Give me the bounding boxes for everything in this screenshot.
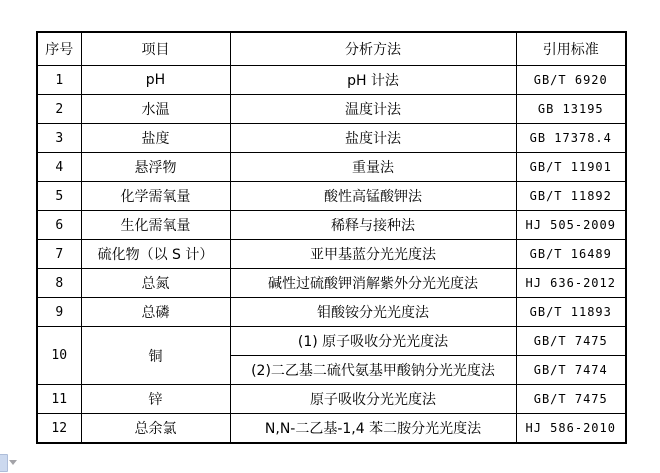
cell-reference-standard: HJ 586-2010 (516, 414, 626, 444)
header-row: 序号 项目 分析方法 引用标准 (37, 32, 626, 66)
cell-item: 锌 (81, 385, 230, 414)
cell-analysis-method: pH 计法 (230, 66, 516, 95)
cell-item: 硫化物（以 S 计） (81, 240, 230, 269)
cell-serial-number: 10 (37, 327, 81, 385)
cell-analysis-method: (1) 原子吸收分光光度法 (230, 327, 516, 356)
cell-item: 总磷 (81, 298, 230, 327)
table-row: 7硫化物（以 S 计）亚甲基蓝分光光度法GB/T 16489 (37, 240, 626, 269)
cell-reference-standard: GB/T 11892 (516, 182, 626, 211)
table-row: 6生化需氧量稀释与接种法HJ 505-2009 (37, 211, 626, 240)
cell-item: 铜 (81, 327, 230, 385)
table-row: 9总磷钼酸铵分光光度法GB/T 11893 (37, 298, 626, 327)
cell-item: 总氮 (81, 269, 230, 298)
cell-analysis-method: N,N-二乙基-1,4 苯二胺分光光度法 (230, 414, 516, 444)
cell-serial-number: 6 (37, 211, 81, 240)
cell-analysis-method: 酸性高锰酸钾法 (230, 182, 516, 211)
cell-reference-standard: HJ 636-2012 (516, 269, 626, 298)
cell-reference-standard: GB/T 11901 (516, 153, 626, 182)
cell-serial-number: 4 (37, 153, 81, 182)
cell-reference-standard: GB/T 16489 (516, 240, 626, 269)
cell-analysis-method: 亚甲基蓝分光光度法 (230, 240, 516, 269)
table-row: 12总余氯N,N-二乙基-1,4 苯二胺分光光度法HJ 586-2010 (37, 414, 626, 444)
cell-analysis-method: 原子吸收分光光度法 (230, 385, 516, 414)
col-header-reference-standard: 引用标准 (516, 32, 626, 66)
cell-analysis-method: 盐度计法 (230, 124, 516, 153)
cell-serial-number: 2 (37, 95, 81, 124)
cell-item: 悬浮物 (81, 153, 230, 182)
table-row: 2水温温度计法GB 13195 (37, 95, 626, 124)
cell-item: 生化需氧量 (81, 211, 230, 240)
table-row: 11锌原子吸收分光光度法GB/T 7475 (37, 385, 626, 414)
smart-tag-button[interactable] (0, 454, 20, 472)
table-row: 4悬浮物重量法GB/T 11901 (37, 153, 626, 182)
cell-reference-standard: GB/T 11893 (516, 298, 626, 327)
col-header-serial-number: 序号 (37, 32, 81, 66)
cell-serial-number: 8 (37, 269, 81, 298)
cell-analysis-method: 重量法 (230, 153, 516, 182)
cell-analysis-method: (2)二乙基二硫代氨基甲酸钠分光光度法 (230, 356, 516, 385)
cell-analysis-method: 钼酸铵分光光度法 (230, 298, 516, 327)
cell-item: 盐度 (81, 124, 230, 153)
cell-item: 总余氯 (81, 414, 230, 444)
cell-serial-number: 7 (37, 240, 81, 269)
cell-reference-standard: GB 17378.4 (516, 124, 626, 153)
cell-analysis-method: 碱性过硫酸钾消解紫外分光光度法 (230, 269, 516, 298)
cell-reference-standard: GB 13195 (516, 95, 626, 124)
cell-item: 化学需氧量 (81, 182, 230, 211)
cell-reference-standard: GB/T 6920 (516, 66, 626, 95)
cell-serial-number: 11 (37, 385, 81, 414)
cell-serial-number: 9 (37, 298, 81, 327)
table-row: 5化学需氧量酸性高锰酸钾法GB/T 11892 (37, 182, 626, 211)
cell-analysis-method: 温度计法 (230, 95, 516, 124)
table-row: 10铜(1) 原子吸收分光光度法GB/T 7475 (37, 327, 626, 356)
cell-reference-standard: GB/T 7475 (516, 327, 626, 356)
col-header-item: 项目 (81, 32, 230, 66)
cell-serial-number: 1 (37, 66, 81, 95)
smart-tag-icon (0, 454, 8, 472)
table-row: 3盐度盐度计法GB 17378.4 (37, 124, 626, 153)
cell-serial-number: 5 (37, 182, 81, 211)
cell-serial-number: 12 (37, 414, 81, 444)
cell-item: pH (81, 66, 230, 95)
table-row: 8总氮碱性过硫酸钾消解紫外分光光度法HJ 636-2012 (37, 269, 626, 298)
cell-reference-standard: GB/T 7475 (516, 385, 626, 414)
cell-analysis-method: 稀释与接种法 (230, 211, 516, 240)
cell-reference-standard: HJ 505-2009 (516, 211, 626, 240)
cell-reference-standard: GB/T 7474 (516, 356, 626, 385)
col-header-analysis-method: 分析方法 (230, 32, 516, 66)
cell-item: 水温 (81, 95, 230, 124)
cell-serial-number: 3 (37, 124, 81, 153)
chevron-down-icon (9, 460, 17, 465)
table-row: 1pHpH 计法GB/T 6920 (37, 66, 626, 95)
analysis-methods-table: 序号 项目 分析方法 引用标准 1pHpH 计法GB/T 69202水温温度计法… (36, 31, 627, 444)
